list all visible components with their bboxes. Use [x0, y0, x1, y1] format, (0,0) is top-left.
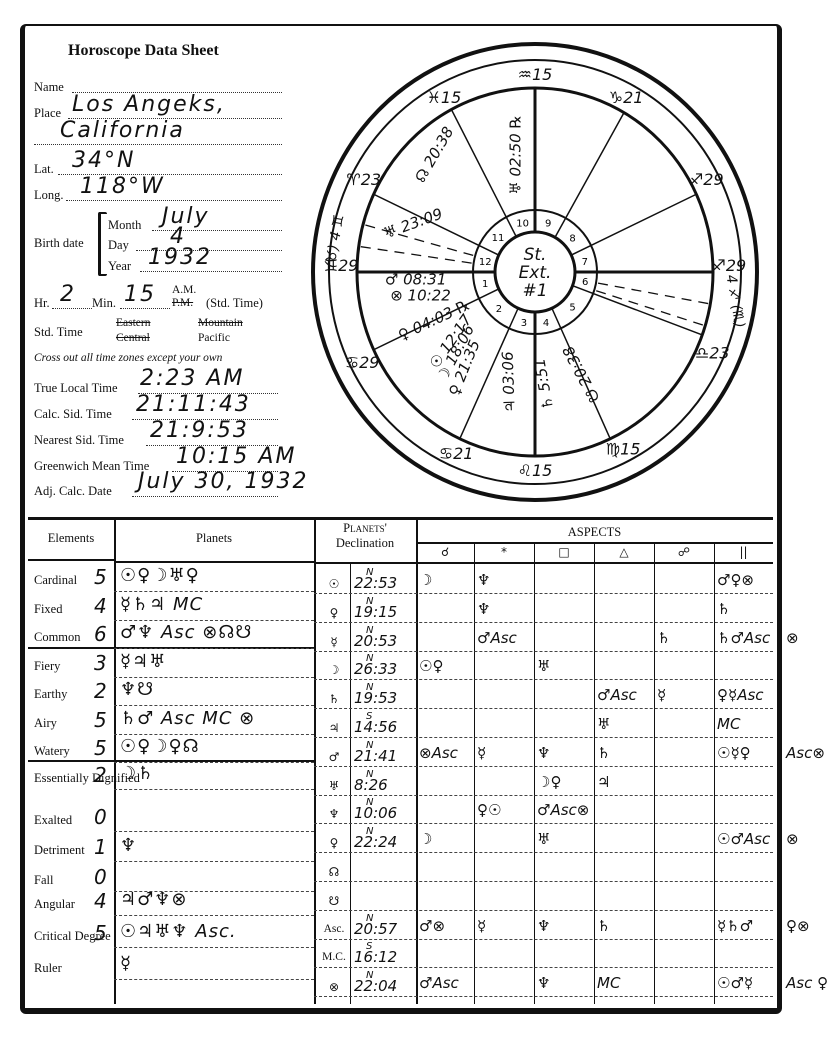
nearest-sid-time-label: Nearest Sid. Time [34, 433, 124, 448]
aspect-cell-square: ☽♀ [537, 773, 561, 791]
aspect-cell-trine: ♃ [597, 773, 610, 791]
house-number: 1 [482, 279, 488, 290]
aspect-cell-square: ♆ [537, 744, 550, 762]
dignity-row-count: 0 [94, 865, 107, 889]
hr-field[interactable] [52, 308, 92, 309]
house-number: 10 [516, 219, 529, 230]
planet-placement: ♃ 03:06 [499, 351, 519, 413]
lat-value: 34°N [72, 148, 135, 173]
intercept-dash-line [596, 291, 705, 326]
aspect-header-trine: △ [594, 545, 654, 559]
declination-row-symbol: ☽ [320, 663, 348, 677]
center-label: Ext. [519, 263, 552, 283]
declination-row-symbol: ☿ [320, 635, 348, 649]
cusp-label-mc: ♒15 [518, 65, 553, 84]
planets-header: Planets [114, 531, 314, 546]
year-value: 1932 [148, 245, 212, 270]
min-field[interactable] [120, 308, 170, 309]
row-rule [314, 823, 773, 824]
month-label: Month [108, 218, 141, 233]
declination-row-symbol: ♆ [320, 807, 348, 821]
row-rule [114, 979, 314, 980]
declination-value: 10:06 [354, 804, 397, 822]
aspect-cell-parallel: ☉☿♀ [717, 744, 751, 762]
aspect-cell-parallel: ☉♂☿ [717, 974, 753, 992]
declination-row-symbol: ♀ [320, 606, 348, 620]
margin-annotation: Asc⊗ [786, 744, 825, 762]
dignity-row-planets: ☉♃♅♆ Asc. [120, 921, 237, 942]
cusp-label-ic: ♌15 [518, 461, 553, 480]
dignity-row-planets: ☽♄ [120, 763, 154, 784]
aspect-cell-conjunction: ☽ [419, 571, 432, 589]
declination-value: 22:24 [354, 833, 397, 851]
house-number: 12 [479, 257, 492, 268]
intercept-dash-line [598, 283, 710, 304]
col-divider-declination [416, 517, 418, 1004]
element-row-planets: ☉♀☽♀☊ [120, 736, 200, 757]
row-rule [314, 622, 773, 623]
declination-cell: N20:57 [354, 913, 397, 936]
house-number: 2 [496, 304, 502, 315]
cusp-label-cusp-9: ♑21 [609, 88, 644, 107]
element-row-count: 6 [94, 622, 107, 646]
declination-value: 22:53 [354, 574, 397, 592]
house-number: 3 [521, 318, 527, 329]
birth-date-label: Birth date [34, 236, 84, 251]
declination-cell: N10:06 [354, 797, 397, 820]
min-value: 15 [124, 282, 156, 307]
aspect-cell-sextile: ♆ [477, 571, 490, 589]
aspect-cell-square: ♅ [537, 830, 550, 848]
row-rule [314, 679, 773, 680]
row-rule [114, 677, 314, 678]
zone-central[interactable]: Central [116, 332, 150, 344]
adj-calc-date-field[interactable] [132, 496, 278, 497]
cross-out-note: Cross out all time zones except your own [34, 352, 222, 364]
aspect-cell-trine: ♄ [597, 744, 610, 762]
place-field-line2[interactable] [34, 144, 282, 145]
aspects-header: ASPECTS [416, 525, 773, 540]
aspect-header-sextile: * [474, 545, 534, 559]
aspect-cell-trine: ♂Asc [597, 686, 637, 704]
aspects-table: Elements Planets Planets' Declination AS… [28, 517, 773, 1004]
long-value: 118°W [80, 174, 165, 199]
long-label: Long. [34, 188, 64, 203]
planet-placement: ♅ 23:09 [381, 205, 445, 243]
cusp-label-cusp-12: ♈23 [346, 170, 381, 189]
aspect-cell-square: ♂Asc⊗ [537, 801, 589, 819]
am-label: A.M. [172, 284, 196, 296]
row-rule [314, 852, 773, 853]
element-row-count: 5 [94, 565, 107, 589]
page-title: Horoscope Data Sheet [68, 42, 219, 60]
element-row-count: 4 [94, 594, 107, 618]
row-rule [314, 766, 773, 767]
declination-cell: N20:53 [354, 625, 397, 648]
dignity-row-count: 2 [94, 763, 107, 787]
declination-header-line2: Declination [314, 536, 416, 551]
row-rule [114, 620, 314, 621]
aspect-cell-square: ♅ [537, 657, 550, 675]
elements-header: Elements [28, 531, 114, 546]
house-number: 9 [545, 219, 551, 230]
std-time-suffix: (Std. Time) [206, 296, 263, 311]
row-rule [114, 915, 314, 916]
element-row-count: 5 [94, 736, 107, 760]
aspect-cell-parallel: ♂♀⊗ [717, 571, 754, 589]
declination-value: 22:04 [354, 977, 397, 995]
long-field[interactable] [66, 200, 282, 201]
margin-annotation: ⊗ [786, 629, 799, 647]
place-value-line2: California [60, 118, 185, 143]
row-rule [314, 996, 773, 997]
declination-cell: N19:15 [354, 596, 397, 619]
name-label: Name [34, 80, 64, 95]
declination-cell: N22:04 [354, 970, 397, 993]
aspect-cell-sextile: ♂Asc [477, 629, 517, 647]
adj-calc-date-value: July 30, 1932 [138, 469, 309, 494]
row-rule [314, 593, 773, 594]
declination-row-symbol: Asc. [320, 923, 348, 935]
declination-row-symbol: M.C. [320, 951, 348, 963]
calc-sid-time-value: 21:11:43 [136, 392, 251, 417]
element-row-planets: ♆☋ [120, 679, 154, 700]
declination-cell: S16:12 [354, 941, 397, 964]
element-row-count: 5 [94, 708, 107, 732]
declination-row-symbol: ♂ [320, 750, 348, 764]
center-label: #1 [522, 281, 547, 301]
aspect-header-opposition: ☍ [654, 545, 714, 559]
element-row-count: 3 [94, 651, 107, 675]
dignity-row-count: 0 [94, 805, 107, 829]
declination-value: 8:26 [354, 776, 388, 794]
col-divider-planets [314, 517, 316, 1004]
cusp-label-cusp-11: ♓15 [427, 88, 462, 107]
aspect-cell-sextile: ☿ [477, 917, 486, 935]
dignity-row-count: 4 [94, 889, 107, 913]
declination-value: 14:56 [354, 718, 397, 736]
aspect-col-divider [714, 542, 715, 1004]
aspect-cell-trine: ♄ [597, 917, 610, 935]
nearest-sid-time-value: 21:9:53 [150, 418, 249, 443]
std-time-label: Std. Time [34, 325, 83, 340]
birth-date-brace [98, 212, 107, 276]
zone-pacific[interactable]: Pacific [198, 332, 230, 344]
declination-value: 16:12 [354, 948, 397, 966]
declination-value: 20:53 [354, 632, 397, 650]
aspect-cell-parallel: ♄ [717, 600, 730, 618]
zone-mountain[interactable]: Mountain [198, 317, 243, 329]
row-rule [314, 737, 773, 738]
aspect-col-divider [654, 542, 655, 1004]
declination-value: 26:33 [354, 660, 397, 678]
calc-sid-time-label: Calc. Sid. Time [34, 407, 112, 422]
row-rule [314, 939, 773, 940]
aspect-col-divider [594, 542, 595, 1004]
true-local-time-label: True Local Time [34, 381, 118, 396]
declination-row-symbol: ☋ [320, 894, 348, 908]
house-number: 8 [569, 234, 575, 245]
declination-row-symbol: ♄ [320, 692, 348, 706]
row-rule [114, 591, 314, 592]
aspect-header-square: □ [534, 545, 594, 559]
adj-calc-date-label: Adj. Calc. Date [34, 484, 112, 499]
hr-value: 2 [60, 282, 76, 307]
row-rule [114, 861, 314, 862]
declination-row-symbol: ♅ [320, 779, 348, 793]
declination-row-symbol: ♃ [320, 721, 348, 735]
row-rule [314, 910, 773, 911]
element-row-count: 2 [94, 679, 107, 703]
declination-value: 20:57 [354, 920, 397, 938]
house-number: 7 [582, 257, 588, 268]
row-rule [114, 734, 314, 735]
day-label: Day [108, 238, 129, 253]
aspect-cell-square: ♆ [537, 917, 550, 935]
true-local-time-value: 2:23 AM [140, 366, 244, 391]
margin-annotation: ♀⊗ [786, 917, 810, 935]
planets-header-rule [114, 561, 314, 563]
house-cusp-line [573, 286, 703, 335]
row-rule [114, 789, 314, 790]
row-rule [314, 795, 773, 796]
aspect-cell-sextile: ☿ [477, 744, 486, 762]
aspect-cell-conjunction: ☽ [419, 830, 432, 848]
house-number: 6 [582, 277, 588, 288]
pm-label: P.M. [172, 297, 193, 309]
aspect-cell-conjunction: ♂⊗ [419, 917, 445, 935]
aspect-col-divider [474, 542, 475, 1004]
zone-eastern[interactable]: Eastern [116, 317, 150, 329]
intercepted-right: 4 ♐ (♏) [722, 273, 747, 329]
gmt-value: 10:15 AM [176, 444, 296, 469]
row-rule [114, 947, 314, 948]
declination-cell: N26:33 [354, 653, 397, 676]
aspect-col-divider [534, 542, 535, 1004]
dignity-row-planets: ♆ [120, 835, 137, 856]
dignity-row-planets: ☿ [120, 953, 132, 974]
dignity-row-count: 1 [94, 835, 107, 859]
hr-label: Hr. [34, 296, 50, 311]
house-cusp-line [555, 113, 624, 238]
aspect-cell-conjunction: ☉♀ [419, 657, 443, 675]
declination-cell: S14:56 [354, 711, 397, 734]
element-row-planets: ☿♃♅ [120, 651, 166, 672]
element-row-planets: ☿♄♃ MC [120, 594, 203, 615]
declination-cell: N21:41 [354, 740, 397, 763]
margin-annotation: ⊗ [786, 830, 799, 848]
cusp-label-cusp-6: ♎23 [695, 344, 730, 363]
dignity-row-count: 5 [94, 921, 107, 945]
row-rule [314, 881, 773, 882]
row-rule [114, 705, 314, 706]
aspect-cell-square: ♆ [537, 974, 550, 992]
row-rule [114, 831, 314, 832]
aspect-cell-parallel: ☿♄♂ [717, 917, 753, 935]
year-label: Year [108, 259, 131, 274]
declination-cell: N8:26 [354, 769, 388, 792]
aspect-header-conjunction: ☌ [416, 545, 474, 559]
elements-header-rule [28, 559, 114, 561]
house-number: 5 [569, 302, 575, 313]
place-label: Place [34, 106, 61, 121]
aspect-cell-trine: MC [597, 974, 620, 992]
aspect-cell-sextile: ♀☉ [477, 801, 501, 819]
aspect-cell-trine: ♅ [597, 715, 610, 733]
aspect-cell-opposition: ♄ [657, 629, 670, 647]
declination-cell: N19:53 [354, 682, 397, 705]
dignity-row-planets: ♃♂♆⊗ [120, 889, 188, 910]
row-rule [114, 648, 314, 649]
cusp-label-cusp-3: ♋21 [439, 444, 474, 463]
lat-label: Lat. [34, 162, 54, 177]
house-cusp-line [571, 194, 696, 255]
gmt-label: Greenwich Mean Time [34, 459, 149, 474]
row-rule [314, 967, 773, 968]
element-row-planets: ♂♆ Asc ⊗☊☋ [120, 622, 252, 643]
declination-value: 19:53 [354, 689, 397, 707]
min-label: Min. [92, 296, 116, 311]
aspect-cell-sextile: ♆ [477, 600, 490, 618]
cusp-label-cusp-8: ♐29 [689, 170, 724, 189]
margin-annotation: Asc ♀ [786, 974, 828, 992]
declination-row-symbol: ☊ [320, 865, 348, 879]
planet-placement: ☋ 20:38 [559, 343, 604, 406]
aspects-header-rule [314, 562, 773, 564]
declination-row-symbol: ☉ [320, 577, 348, 591]
aspect-cell-conjunction: ♂Asc [419, 974, 459, 992]
declination-header-line1: Planets' [314, 521, 416, 536]
row-rule [314, 651, 773, 652]
place-value-line1: Los Angeks, [72, 92, 226, 117]
row-rule [314, 708, 773, 709]
cusp-label-cusp-2: ♋29 [345, 353, 380, 372]
element-row-planets: ♄♂ Asc MC ⊗ [120, 708, 255, 729]
declination-value: 19:15 [354, 603, 397, 621]
aspect-cell-parallel: ♀☿Asc [717, 686, 764, 704]
house-number: 11 [492, 233, 505, 244]
planet-placement: ♅ 02:50 ℞ [507, 115, 525, 195]
dignity-row-label: Ruler [34, 961, 108, 975]
cusp-label-cusp-5: ♍15 [606, 439, 641, 458]
declination-cell: N22:24 [354, 826, 397, 849]
element-row-planets: ☉♀☽♅♀ [120, 565, 200, 586]
aspect-cell-conjunction: ⊗Asc [419, 744, 458, 762]
planet-placement: ⊗ 10:22 [390, 287, 451, 305]
aspect-header-parallel: || [714, 545, 773, 559]
aspect-cell-parallel: ☉♂Asc [717, 830, 770, 848]
intercept-dash-line [359, 246, 472, 263]
table-top-rule [28, 517, 773, 520]
center-label: St. [524, 245, 547, 265]
aspect-cell-parallel: ♄♂Asc [717, 629, 770, 647]
declination-row-symbol: ♀ [320, 836, 348, 850]
declination-value: 21:41 [354, 747, 397, 765]
house-number: 4 [543, 318, 549, 329]
aspect-cell-opposition: ☿ [657, 686, 666, 704]
horoscope-wheel: 123456789101112St.Ext.#1♒15♑21♐29♐29♎23♍… [300, 40, 770, 510]
year-field[interactable] [140, 271, 282, 272]
declination-row-symbol: ⊗ [320, 980, 348, 994]
aspect-cell-parallel: MC [717, 715, 740, 733]
cusp-label-desc: ♐29 [712, 256, 747, 275]
declination-cell: N22:53 [354, 567, 397, 590]
